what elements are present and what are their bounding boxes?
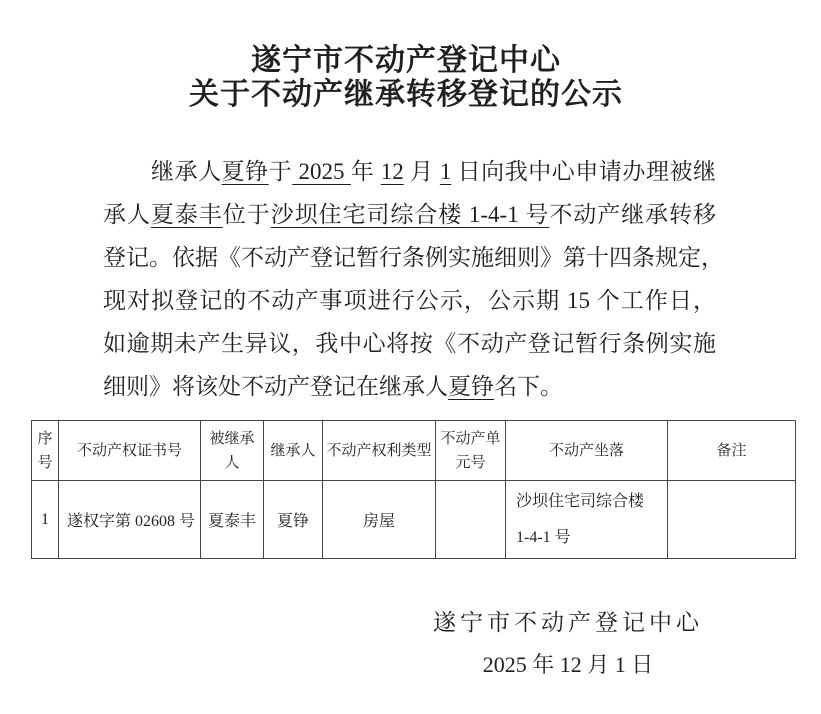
underlined-text-segment: 1 (440, 159, 452, 184)
text-segment: 不动产继承转移 (549, 202, 716, 227)
underlined-text-segment: 夏铮 (448, 374, 494, 399)
text-segment: 继承人 (151, 159, 222, 184)
signature-block: 遂宁市不动产登记中心 2025 年 12 月 1 日 (432, 608, 704, 679)
body-line-5: 如逾期未产生异议，我中心将按《不动产登记暂行条例实施 (103, 322, 716, 365)
body-line-1: 继承人夏铮于 2025 年 12 月 1 日向我中心申请办理被继 (103, 150, 716, 193)
header-remarks: 备注 (668, 421, 796, 481)
body-line-4: 现对拟登记的不动产事项进行公示，公示期 15 个工作日， (103, 279, 716, 322)
underlined-text-segment: 夏泰丰 (151, 202, 223, 227)
text-segment: 如逾期未产生异议，我中心将按《不动产登记暂行条例实施 (103, 331, 716, 356)
text-segment: 登记。依据《不动产登记暂行条例实施细则》第十四条规定， (103, 245, 724, 270)
header-right-type: 不动产权利类型 (323, 421, 436, 481)
header-heir: 继承人 (264, 421, 323, 481)
underlined-text-segment: 12 (381, 159, 404, 184)
cell-unit-number (436, 481, 506, 559)
notice-document: 遂宁市不动产登记中心 关于不动产继承转移登记的公示 继承人夏铮于 2025 年 … (0, 0, 821, 714)
text-segment: 日向我中心申请办理被继 (451, 159, 716, 184)
cell-remarks (668, 481, 796, 559)
text-segment: 年 (351, 159, 381, 184)
cell-serial-number: 1 (32, 481, 59, 559)
table-row: 1 遂权字第 02608 号 夏泰丰 夏铮 房屋 沙坝住宅司综合楼 1-4-1 … (32, 481, 796, 559)
body-line-6: 细则》将该处不动产登记在继承人夏铮名下。 (103, 365, 716, 408)
header-location: 不动产坐落 (506, 421, 668, 481)
body-line-2: 承人夏泰丰位于沙坝住宅司综合楼 1-4-1 号不动产继承转移 (103, 193, 716, 236)
underlined-text-segment: 夏铮 (222, 159, 269, 184)
text-segment: 于 (269, 159, 293, 184)
text-segment: 名下。 (494, 374, 563, 399)
notice-title-line2: 关于不动产继承转移登记的公示 (0, 78, 812, 112)
cell-certificate-number: 遂权字第 02608 号 (59, 481, 201, 559)
notice-body: 继承人夏铮于 2025 年 12 月 1 日向我中心申请办理被继 承人夏泰丰位于… (103, 150, 716, 408)
underlined-text-segment: 2025 (292, 159, 351, 184)
header-certificate-number: 不动产权证书号 (59, 421, 201, 481)
text-segment: 位于 (223, 202, 271, 227)
text-segment: 现对拟登记的不动产事项进行公示，公示期 15 个工作日， (103, 288, 716, 313)
cell-heir: 夏铮 (264, 481, 323, 559)
cell-right-type: 房屋 (323, 481, 436, 559)
header-unit-number: 不动产单元号 (436, 421, 506, 481)
table-header-row: 序号 不动产权证书号 被继承人 继承人 不动产权利类型 不动产单元号 不动产坐落… (32, 421, 796, 481)
underlined-text-segment: 沙坝住宅司综合楼 1-4-1 号 (271, 202, 550, 227)
notice-title-line1: 遂宁市不动产登记中心 (0, 44, 812, 78)
header-serial-number: 序号 (32, 421, 59, 481)
text-segment: 承人 (103, 202, 151, 227)
signature-date: 2025 年 12 月 1 日 (432, 651, 704, 679)
notice-title: 遂宁市不动产登记中心 关于不动产继承转移登记的公示 (0, 44, 812, 112)
cell-decedent: 夏泰丰 (201, 481, 264, 559)
cell-location: 沙坝住宅司综合楼 1-4-1 号 (506, 481, 668, 559)
body-line-3: 登记。依据《不动产登记暂行条例实施细则》第十四条规定， (103, 236, 716, 279)
signature-org: 遂宁市不动产登记中心 (432, 608, 704, 638)
text-segment: 细则》将该处不动产登记在继承人 (103, 374, 448, 399)
header-decedent: 被继承人 (201, 421, 264, 481)
registration-table: 序号 不动产权证书号 被继承人 继承人 不动产权利类型 不动产单元号 不动产坐落… (31, 420, 796, 559)
text-segment: 月 (404, 159, 440, 184)
